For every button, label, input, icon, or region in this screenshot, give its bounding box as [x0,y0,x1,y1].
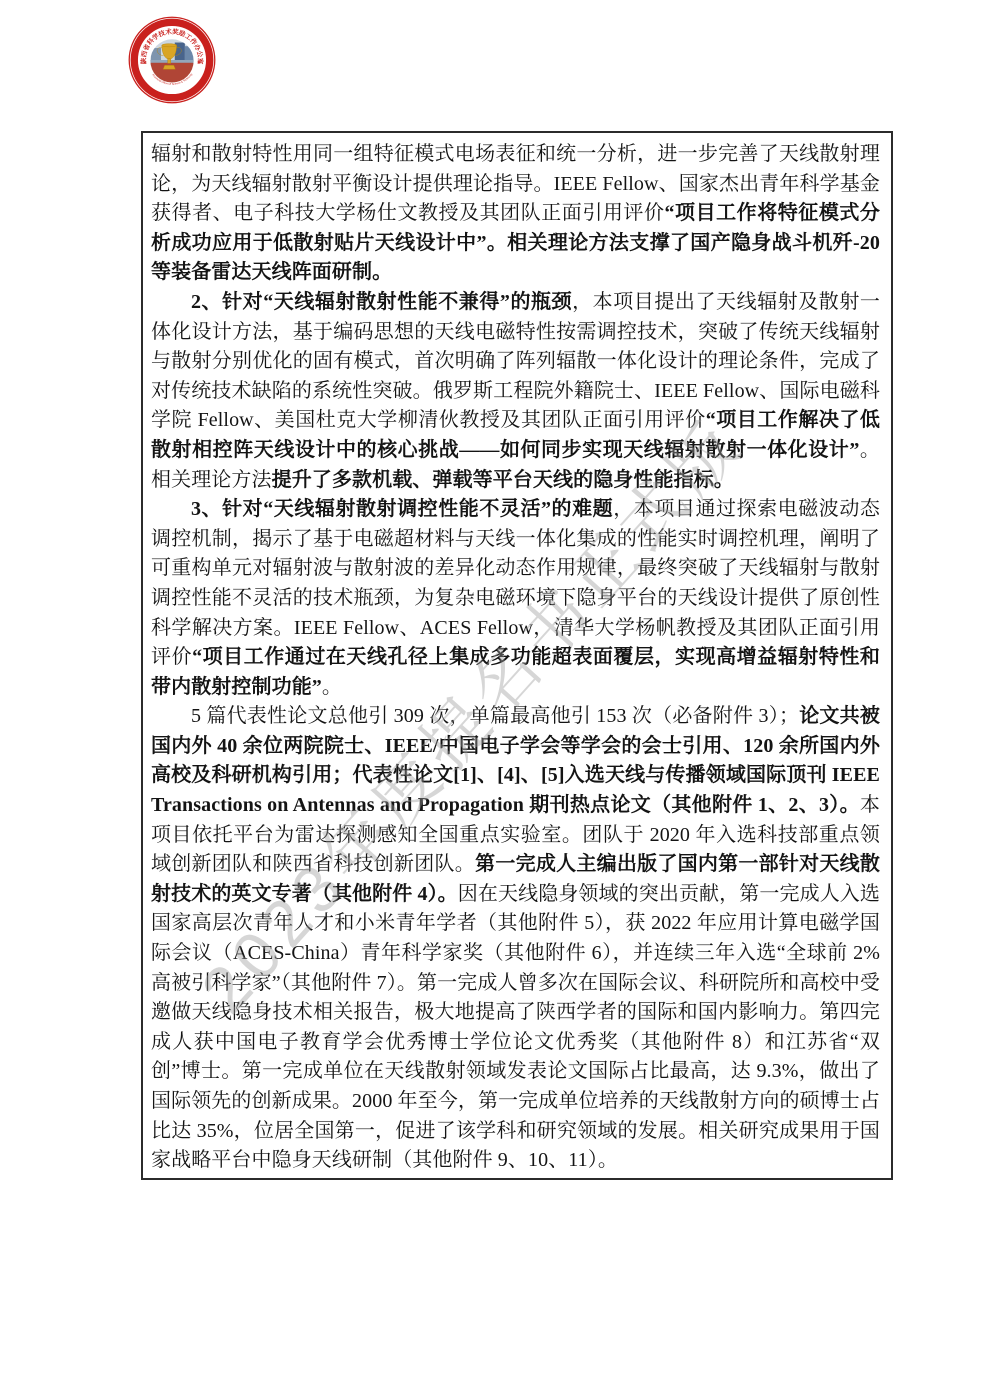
paragraph: 3、针对“天线辐射散射调控性能不灵活”的难题，本项目通过探索电磁波动态调控机制，… [151,495,880,702]
seal-star-left-icon: ★ [143,60,148,66]
text-run: ，本项目通过探索电磁波动态调控机制，揭示了基于电磁超材料与天线一体化集成的性能实… [151,498,880,668]
body-text: 辐射和散射特性用同一组特征模式电场表征和统一分析，进一步完善了天线散射理论，为天… [151,140,880,1176]
org-seal-logo: 陕西省科学技术奖励工作办公室 Shaanxi Provincial Office… [126,14,218,106]
seal-star-right-icon: ★ [197,60,202,66]
bold-text-run: 3、针对“天线辐射散射调控性能不灵活”的难题 [191,498,613,520]
paragraph: 辐射和散射特性用同一组特征模式电场表征和统一分析，进一步完善了天线散射理论，为天… [151,140,880,288]
text-run: 。 [322,676,342,698]
paragraph: 5 篇代表性论文总他引 309 次，单篇最高他引 153 次（必备附件 3）；论… [151,702,880,1176]
paragraph: 2、针对“天线辐射散射性能不兼得”的瓶颈，本项目提出了天线辐射及散射一体化设计方… [151,288,880,495]
bold-text-run: “项目工作通过在天线孔径上集成多功能超表面覆层，实现高增益辐射特性和带内散射控制… [151,646,880,698]
bold-text-run: 提升了多款机载、弹载等平台天线的隐身性能指标。 [272,469,734,491]
content-table-cell: 辐射和散射特性用同一组特征模式电场表征和统一分析，进一步完善了天线散射理论，为天… [141,131,893,1180]
bold-text-run: 2、针对“天线辐射散射性能不兼得”的瓶颈 [191,291,572,313]
text-run: 因在天线隐身领域的突出贡献，第一完成人入选国家高层次青年人才和小米青年学者（其他… [151,883,880,1171]
text-run: 5 篇代表性论文总他引 309 次，单篇最高他引 153 次（必备附件 3）； [191,705,799,727]
document-page: 陕西省科学技术奖励工作办公室 Shaanxi Provincial Office… [0,0,990,1399]
